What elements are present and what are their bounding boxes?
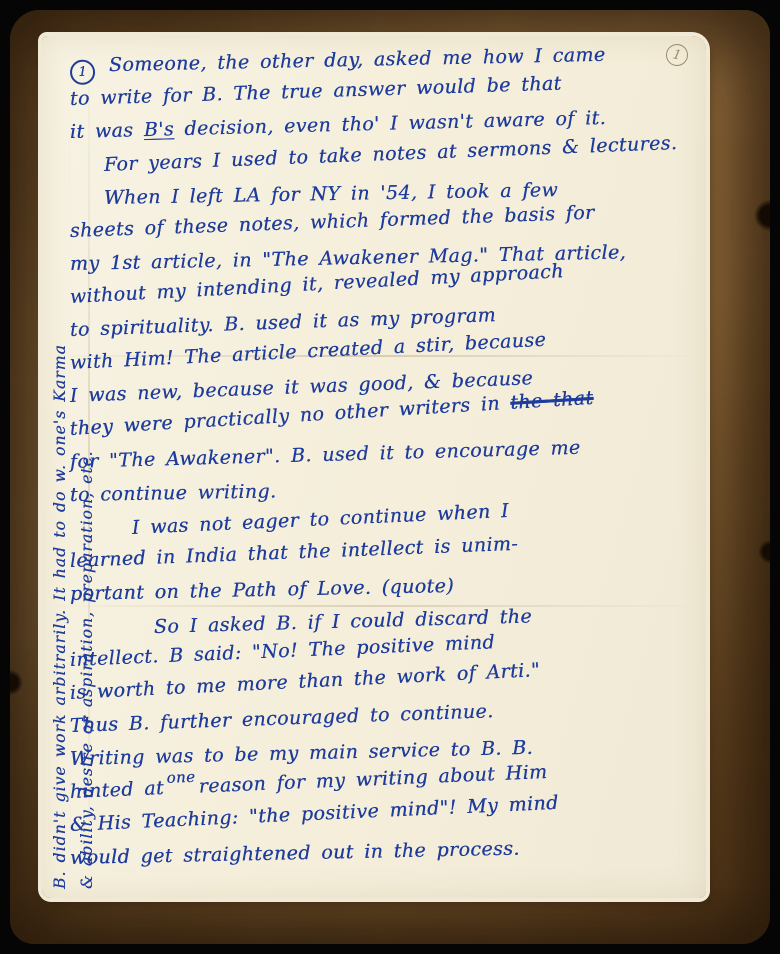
letter-body: 1Someone, the other day, asked me how I … bbox=[70, 50, 700, 875]
letter-page: 1 B. didn't give work arbitrarily. It ha… bbox=[42, 36, 706, 898]
inserted-word: one bbox=[166, 768, 196, 787]
page-number-circle-left: 1 bbox=[70, 59, 96, 85]
struck-out-words: the that bbox=[510, 387, 594, 414]
